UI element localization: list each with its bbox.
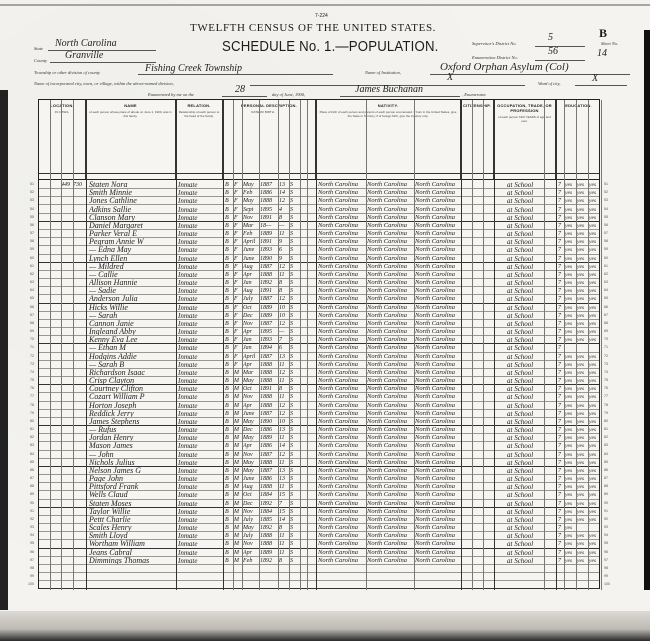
cell-age: 8 bbox=[279, 524, 289, 531]
cell-year: 1889 bbox=[260, 549, 278, 556]
cell-year: 1886 bbox=[260, 442, 278, 449]
sheet-letter: B bbox=[599, 26, 607, 41]
line-number-right: 59 bbox=[604, 247, 624, 251]
line-number-left: 63 bbox=[14, 280, 34, 284]
cell-birth: North Carolina bbox=[318, 483, 366, 490]
cell-month: Nov bbox=[243, 508, 259, 515]
cell-relation: Inmate bbox=[178, 295, 222, 302]
cell-age: 12 bbox=[279, 410, 289, 417]
cell-age: 10 bbox=[279, 312, 289, 319]
cell-color bbox=[225, 581, 233, 588]
cell-marital: S bbox=[290, 393, 300, 400]
cell-month: Nov bbox=[243, 320, 259, 327]
cell-mother: North Carolina bbox=[415, 295, 461, 302]
cell-color: B bbox=[225, 263, 233, 270]
line-number-left: 77 bbox=[14, 394, 34, 398]
cell-relation: Inmate bbox=[178, 532, 222, 539]
cell-mother: North Carolina bbox=[415, 442, 461, 449]
cell-write: yes bbox=[577, 393, 588, 400]
cell-age: 9 bbox=[279, 238, 289, 245]
cell-write: yes bbox=[577, 426, 588, 433]
cell-read bbox=[565, 573, 576, 580]
cell-mother: North Carolina bbox=[415, 287, 461, 294]
line-number-left: 51 bbox=[14, 182, 34, 186]
cell-read: yes bbox=[565, 197, 576, 204]
cell-family bbox=[73, 255, 85, 262]
cell-family bbox=[73, 312, 85, 319]
cell-occupation: at School bbox=[507, 377, 553, 384]
cell-year: 1886 bbox=[260, 475, 278, 482]
cell-father: North Carolina bbox=[367, 434, 414, 441]
table-row: Staten MosesInmateBMDec18927SNorth Carol… bbox=[39, 500, 599, 508]
enumerated-day: 28 bbox=[235, 84, 245, 95]
line-number-left: 99 bbox=[14, 574, 34, 578]
cell-write: yes bbox=[577, 206, 588, 213]
cell-month: May bbox=[243, 418, 259, 425]
cell-age: 8 bbox=[279, 287, 289, 294]
line-number-right: 63 bbox=[604, 280, 624, 284]
line-number-left: 93 bbox=[14, 525, 34, 529]
cell-father: North Carolina bbox=[367, 304, 414, 311]
cell-month: May bbox=[243, 197, 259, 204]
cell-name: Mason James bbox=[89, 442, 175, 449]
cell-father: North Carolina bbox=[367, 197, 414, 204]
top-rule bbox=[0, 4, 650, 6]
cell-age bbox=[279, 565, 289, 572]
cell-mother: North Carolina bbox=[415, 312, 461, 319]
cell-marital: S bbox=[290, 410, 300, 417]
cell-family bbox=[73, 434, 85, 441]
cell-year: 1888 bbox=[260, 377, 278, 384]
cell-relation: Inmate bbox=[178, 385, 222, 392]
cell-age: 13 bbox=[279, 353, 289, 360]
cell-name: Staten Moses bbox=[89, 500, 175, 507]
grid-vline bbox=[73, 100, 74, 590]
cell-marital: S bbox=[290, 353, 300, 360]
cell-mother: North Carolina bbox=[415, 304, 461, 311]
cell-relation: Inmate bbox=[178, 410, 222, 417]
cell-birth: North Carolina bbox=[318, 377, 366, 384]
cell-marital: S bbox=[290, 222, 300, 229]
cell-birth: North Carolina bbox=[318, 524, 366, 531]
cell-age: 11 bbox=[279, 271, 289, 278]
cell-year: 1892 bbox=[260, 524, 278, 531]
cell-birth: North Carolina bbox=[318, 353, 366, 360]
cell-birth: North Carolina bbox=[318, 295, 366, 302]
cell-father bbox=[367, 573, 414, 580]
cell-father: North Carolina bbox=[367, 451, 414, 458]
cell-read: yes bbox=[565, 320, 576, 327]
table-row: Mason JamesInmateBMApr188614SNorth Carol… bbox=[39, 442, 599, 450]
cell-mother: North Carolina bbox=[415, 549, 461, 556]
cell-birth: North Carolina bbox=[318, 336, 366, 343]
cell-mother: North Carolina bbox=[415, 402, 461, 409]
cell-family bbox=[73, 206, 85, 213]
line-number-left: 87 bbox=[14, 476, 34, 480]
cell-birth bbox=[318, 573, 366, 580]
cell-marital: S bbox=[290, 451, 300, 458]
cell-color: B bbox=[225, 540, 233, 547]
form-number: 7-224 bbox=[315, 13, 328, 19]
cell-relation: Inmate bbox=[178, 271, 222, 278]
cell-occupation: at School bbox=[507, 426, 553, 433]
cell-english: yes bbox=[589, 230, 600, 237]
enumeration-label: Enumeration District No. bbox=[472, 55, 518, 60]
cell-birth: North Carolina bbox=[318, 393, 366, 400]
cell-color: B bbox=[225, 516, 233, 523]
cell-relation bbox=[178, 565, 222, 572]
line-number-left: 68 bbox=[14, 321, 34, 325]
cell-relation: Inmate bbox=[178, 197, 222, 204]
line-number-left: 53 bbox=[14, 198, 34, 202]
cell-occupation bbox=[507, 573, 553, 580]
cell-year: 1887 bbox=[260, 320, 278, 327]
cell-father: North Carolina bbox=[367, 549, 414, 556]
cell-month: July bbox=[243, 516, 259, 523]
cell-father: North Carolina bbox=[367, 336, 414, 343]
grid-vline bbox=[601, 100, 602, 590]
cell-mother: North Carolina bbox=[415, 377, 461, 384]
cell-color: B bbox=[225, 361, 233, 368]
cell-occupation: at School bbox=[507, 540, 553, 547]
cell-occupation: at School bbox=[507, 263, 553, 270]
cell-english: yes bbox=[589, 214, 600, 221]
cell-english: yes bbox=[589, 271, 600, 278]
cell-dwelling bbox=[61, 230, 73, 237]
cell-year: 1888 bbox=[260, 361, 278, 368]
cell-father: North Carolina bbox=[367, 377, 414, 384]
cell-year: 1885 bbox=[260, 516, 278, 523]
cell-month: May bbox=[243, 377, 259, 384]
enumerated-label: Enumerated by me on the bbox=[148, 92, 194, 97]
cell-write: yes bbox=[577, 238, 588, 245]
cell-name: Lynch Ellen bbox=[89, 255, 175, 262]
cell-month: Apr bbox=[243, 442, 259, 449]
cell-sex: F bbox=[234, 189, 242, 196]
cell-name: — Sarah bbox=[89, 312, 175, 319]
cell-write: yes bbox=[577, 410, 588, 417]
line-number-right: 55 bbox=[604, 215, 624, 219]
cell-age: 12 bbox=[279, 402, 289, 409]
line-number-right: 52 bbox=[604, 190, 624, 194]
cell-write: yes bbox=[577, 385, 588, 392]
cell-birth: North Carolina bbox=[318, 222, 366, 229]
table-row: Courtney CliftonInmateBMOct18918SNorth C… bbox=[39, 385, 599, 393]
cell-age: 9 bbox=[279, 255, 289, 262]
cell-dwelling bbox=[61, 336, 73, 343]
cell-occupation: at School bbox=[507, 500, 553, 507]
cell-occupation: at School bbox=[507, 328, 553, 335]
cell-sex: M bbox=[234, 459, 242, 466]
cell-english: yes bbox=[589, 238, 600, 245]
cell-birth: North Carolina bbox=[318, 320, 366, 327]
cell-family bbox=[73, 287, 85, 294]
cell-occupation: at School bbox=[507, 214, 553, 221]
cell-family bbox=[73, 549, 85, 556]
cell-write: yes bbox=[577, 459, 588, 466]
line-number-left: 62 bbox=[14, 272, 34, 276]
cell-name: Reddick Jerry bbox=[89, 410, 175, 417]
table-row: Pegram Annie WInmateBFApril18919SNorth C… bbox=[39, 238, 599, 246]
cell-marital: S bbox=[290, 344, 300, 351]
cell-father: North Carolina bbox=[367, 271, 414, 278]
cell-relation: Inmate bbox=[178, 328, 222, 335]
cell-name: — John bbox=[89, 451, 175, 458]
cell-sex: F bbox=[234, 246, 242, 253]
sheet-label: Sheet No. bbox=[601, 41, 618, 46]
cell-birth: North Carolina bbox=[318, 312, 366, 319]
cell-birth: North Carolina bbox=[318, 271, 366, 278]
cell-sex: F bbox=[234, 361, 242, 368]
cell-name: Scales Henry bbox=[89, 524, 175, 531]
cell-dwelling bbox=[61, 557, 73, 564]
table-row: Daniel MargaretInmateBFMar18——SNorth Car… bbox=[39, 222, 599, 230]
cell-read: yes bbox=[565, 214, 576, 221]
cell-age: 13 bbox=[279, 181, 289, 188]
cell-sex bbox=[234, 581, 242, 588]
cell-mother: North Carolina bbox=[415, 426, 461, 433]
cell-month: Apr bbox=[243, 549, 259, 556]
cell-relation: Inmate bbox=[178, 516, 222, 523]
line-number-left: 95 bbox=[14, 541, 34, 545]
cell-name: Pettt Charlie bbox=[89, 516, 175, 523]
cell-sex: M bbox=[234, 418, 242, 425]
table-row: Smith LloydInmateBMJuly188811SNorth Caro… bbox=[39, 532, 599, 540]
cell-occupation: at School bbox=[507, 549, 553, 556]
cell-marital: S bbox=[290, 361, 300, 368]
cell-month: April bbox=[243, 353, 259, 360]
cell-relation: Inmate bbox=[178, 483, 222, 490]
cell-family bbox=[73, 483, 85, 490]
cell-relation: Inmate bbox=[178, 361, 222, 368]
line-number-right: 82 bbox=[604, 435, 624, 439]
cell-family bbox=[73, 344, 85, 351]
cell-read: yes bbox=[565, 532, 576, 539]
cell-year bbox=[260, 565, 278, 572]
cell-relation: Inmate bbox=[178, 206, 222, 213]
cell-sex: F bbox=[234, 255, 242, 262]
cell-month: Oct bbox=[243, 491, 259, 498]
cell-mother: North Carolina bbox=[415, 279, 461, 286]
cell-year: 1891 bbox=[260, 287, 278, 294]
cell-mother: North Carolina bbox=[415, 197, 461, 204]
line-number-right: 79 bbox=[604, 411, 624, 415]
cell-relation: Inmate bbox=[178, 402, 222, 409]
cell-mother: North Carolina bbox=[415, 385, 461, 392]
state-label: State bbox=[34, 46, 43, 51]
cell-birth: North Carolina bbox=[318, 402, 366, 409]
line-number-right: 68 bbox=[604, 321, 624, 325]
cell-read: yes bbox=[565, 442, 576, 449]
cell-marital: S bbox=[290, 557, 300, 564]
col-location: LOCATION. IN CITIES. bbox=[39, 100, 86, 180]
cell-color: B bbox=[225, 336, 233, 343]
cell-age: 15 bbox=[279, 491, 289, 498]
cell-year: 1887 bbox=[260, 451, 278, 458]
cell-age: 10 bbox=[279, 304, 289, 311]
line-number-right: 99 bbox=[604, 574, 624, 578]
cell-month: July bbox=[243, 295, 259, 302]
city-value: X bbox=[447, 72, 453, 83]
line-number-right: 67 bbox=[604, 313, 624, 317]
cell-sex: M bbox=[234, 500, 242, 507]
cell-family bbox=[73, 263, 85, 270]
cell-dwelling bbox=[61, 508, 73, 515]
cell-marital: S bbox=[290, 434, 300, 441]
cell-month: May bbox=[243, 181, 259, 188]
cell-mother: North Carolina bbox=[415, 475, 461, 482]
table-row: Nelson James GInmateBMMay188713SNorth Ca… bbox=[39, 467, 599, 475]
line-number-right: 64 bbox=[604, 288, 624, 292]
cell-color: B bbox=[225, 385, 233, 392]
line-number-right: 74 bbox=[604, 370, 624, 374]
cell-year: 1887 bbox=[260, 353, 278, 360]
cell-relation: Inmate bbox=[178, 344, 222, 351]
cell-english: yes bbox=[589, 197, 600, 204]
cell-dwelling bbox=[61, 263, 73, 270]
cell-mother: North Carolina bbox=[415, 255, 461, 262]
cell-english: yes bbox=[589, 287, 600, 294]
cell-english: yes bbox=[589, 320, 600, 327]
table-row: Scales HenryInmateBMMay18928SNorth Carol… bbox=[39, 524, 599, 532]
table-row: Hicks WillieInmateBFOct188910SNorth Caro… bbox=[39, 304, 599, 312]
cell-dwelling bbox=[61, 385, 73, 392]
cell-sex: M bbox=[234, 540, 242, 547]
cell-color: B bbox=[225, 459, 233, 466]
line-number-left: 65 bbox=[14, 296, 34, 300]
cell-english: yes bbox=[589, 206, 600, 213]
cell-write: yes bbox=[577, 369, 588, 376]
cell-english: yes bbox=[589, 361, 600, 368]
cell-dwelling bbox=[61, 304, 73, 311]
cell-color: B bbox=[225, 434, 233, 441]
cell-dwelling bbox=[61, 353, 73, 360]
cell-mother: North Carolina bbox=[415, 532, 461, 539]
cell-dwelling bbox=[61, 361, 73, 368]
cell-marital: S bbox=[290, 238, 300, 245]
cell-mother: North Carolina bbox=[415, 336, 461, 343]
cell-birth: North Carolina bbox=[318, 238, 366, 245]
cell-year: 1893 bbox=[260, 336, 278, 343]
cell-color: B bbox=[225, 295, 233, 302]
cell-month: Sept bbox=[243, 206, 259, 213]
cell-read: yes bbox=[565, 475, 576, 482]
cell-father: North Carolina bbox=[367, 467, 414, 474]
line-number-left: 74 bbox=[14, 370, 34, 374]
cell-write: yes bbox=[577, 328, 588, 335]
cell-occupation: at School bbox=[507, 271, 553, 278]
cell-month: May bbox=[243, 434, 259, 441]
city-label: Name of incorporated city, town, or vill… bbox=[34, 81, 174, 86]
cell-write: yes bbox=[577, 549, 588, 556]
cell-marital bbox=[290, 573, 300, 580]
cell-year: 1895 bbox=[260, 206, 278, 213]
cell-birth: North Carolina bbox=[318, 426, 366, 433]
cell-mother: North Carolina bbox=[415, 353, 461, 360]
cell-english: yes bbox=[589, 483, 600, 490]
cell-read: yes bbox=[565, 549, 576, 556]
cell-name: Clanson Mary bbox=[89, 214, 175, 221]
cell-sex: M bbox=[234, 393, 242, 400]
cell-year: 1890 bbox=[260, 255, 278, 262]
cell-marital: S bbox=[290, 516, 300, 523]
cell-mother: North Carolina bbox=[415, 263, 461, 270]
cell-dwelling bbox=[61, 410, 73, 417]
schedule-title: SCHEDULE No. 1.—POPULATION. bbox=[222, 38, 438, 55]
cell-father: North Carolina bbox=[367, 206, 414, 213]
table-row: Parker Veral EInmateBFFeb188911SNorth Ca… bbox=[39, 230, 599, 238]
cell-year bbox=[260, 573, 278, 580]
cell-write: yes bbox=[577, 222, 588, 229]
cell-year: 1895 bbox=[260, 328, 278, 335]
cell-occupation: at School bbox=[507, 402, 553, 409]
cell-read: yes bbox=[565, 246, 576, 253]
cell-family bbox=[73, 573, 85, 580]
line-number-left: 92 bbox=[14, 517, 34, 521]
cell-read: yes bbox=[565, 287, 576, 294]
cell-birth: North Carolina bbox=[318, 418, 366, 425]
cell-english: yes bbox=[589, 304, 600, 311]
cell-marital: S bbox=[290, 312, 300, 319]
cell-age: — bbox=[279, 328, 289, 335]
cell-dwelling bbox=[61, 573, 73, 580]
line-number-left: 89 bbox=[14, 492, 34, 496]
grid-vline bbox=[366, 100, 367, 590]
cell-occupation: at School bbox=[507, 344, 553, 351]
cell-age: 14 bbox=[279, 189, 289, 196]
cell-write: yes bbox=[577, 467, 588, 474]
cell-year: 1886 bbox=[260, 426, 278, 433]
cell-write: yes bbox=[577, 475, 588, 482]
cell-year: 1891 bbox=[260, 238, 278, 245]
grid-vline bbox=[176, 100, 177, 590]
cell-read: yes bbox=[565, 312, 576, 319]
ward-label: Ward of city, bbox=[538, 81, 561, 86]
cell-marital: S bbox=[290, 336, 300, 343]
cell-sex: M bbox=[234, 516, 242, 523]
cell-year: 1886 bbox=[260, 189, 278, 196]
cell-year: 1887 bbox=[260, 467, 278, 474]
cell-father: North Carolina bbox=[367, 238, 414, 245]
cell-family bbox=[73, 279, 85, 286]
cell-family bbox=[73, 581, 85, 588]
cell-read: yes bbox=[565, 557, 576, 564]
cell-name: Wortham William bbox=[89, 540, 175, 547]
cell-relation: Inmate bbox=[178, 246, 222, 253]
line-number-left: 54 bbox=[14, 207, 34, 211]
cell-name: Kenny Eva Lee bbox=[89, 336, 175, 343]
cell-age: 13 bbox=[279, 426, 289, 433]
cell-age bbox=[279, 573, 289, 580]
cell-father bbox=[367, 581, 414, 588]
cell-family bbox=[73, 508, 85, 515]
cell-year: 1892 bbox=[260, 279, 278, 286]
cell-year: 1889 bbox=[260, 434, 278, 441]
cell-month: Jan bbox=[243, 344, 259, 351]
line-number-left: 58 bbox=[14, 239, 34, 243]
cell-mother: North Carolina bbox=[415, 369, 461, 376]
cell-father: North Carolina bbox=[367, 393, 414, 400]
census-title: TWELFTH CENSUS OF THE UNITED STATES. bbox=[190, 22, 436, 34]
cell-family bbox=[73, 222, 85, 229]
cell-name: — Edna May bbox=[89, 246, 175, 253]
cell-write: yes bbox=[577, 532, 588, 539]
col-citizenship: CITIZENSHIP. bbox=[461, 100, 494, 180]
cell-relation: Inmate bbox=[178, 353, 222, 360]
cell-marital: S bbox=[290, 385, 300, 392]
cell-family bbox=[73, 565, 85, 572]
cell-birth bbox=[318, 581, 366, 588]
